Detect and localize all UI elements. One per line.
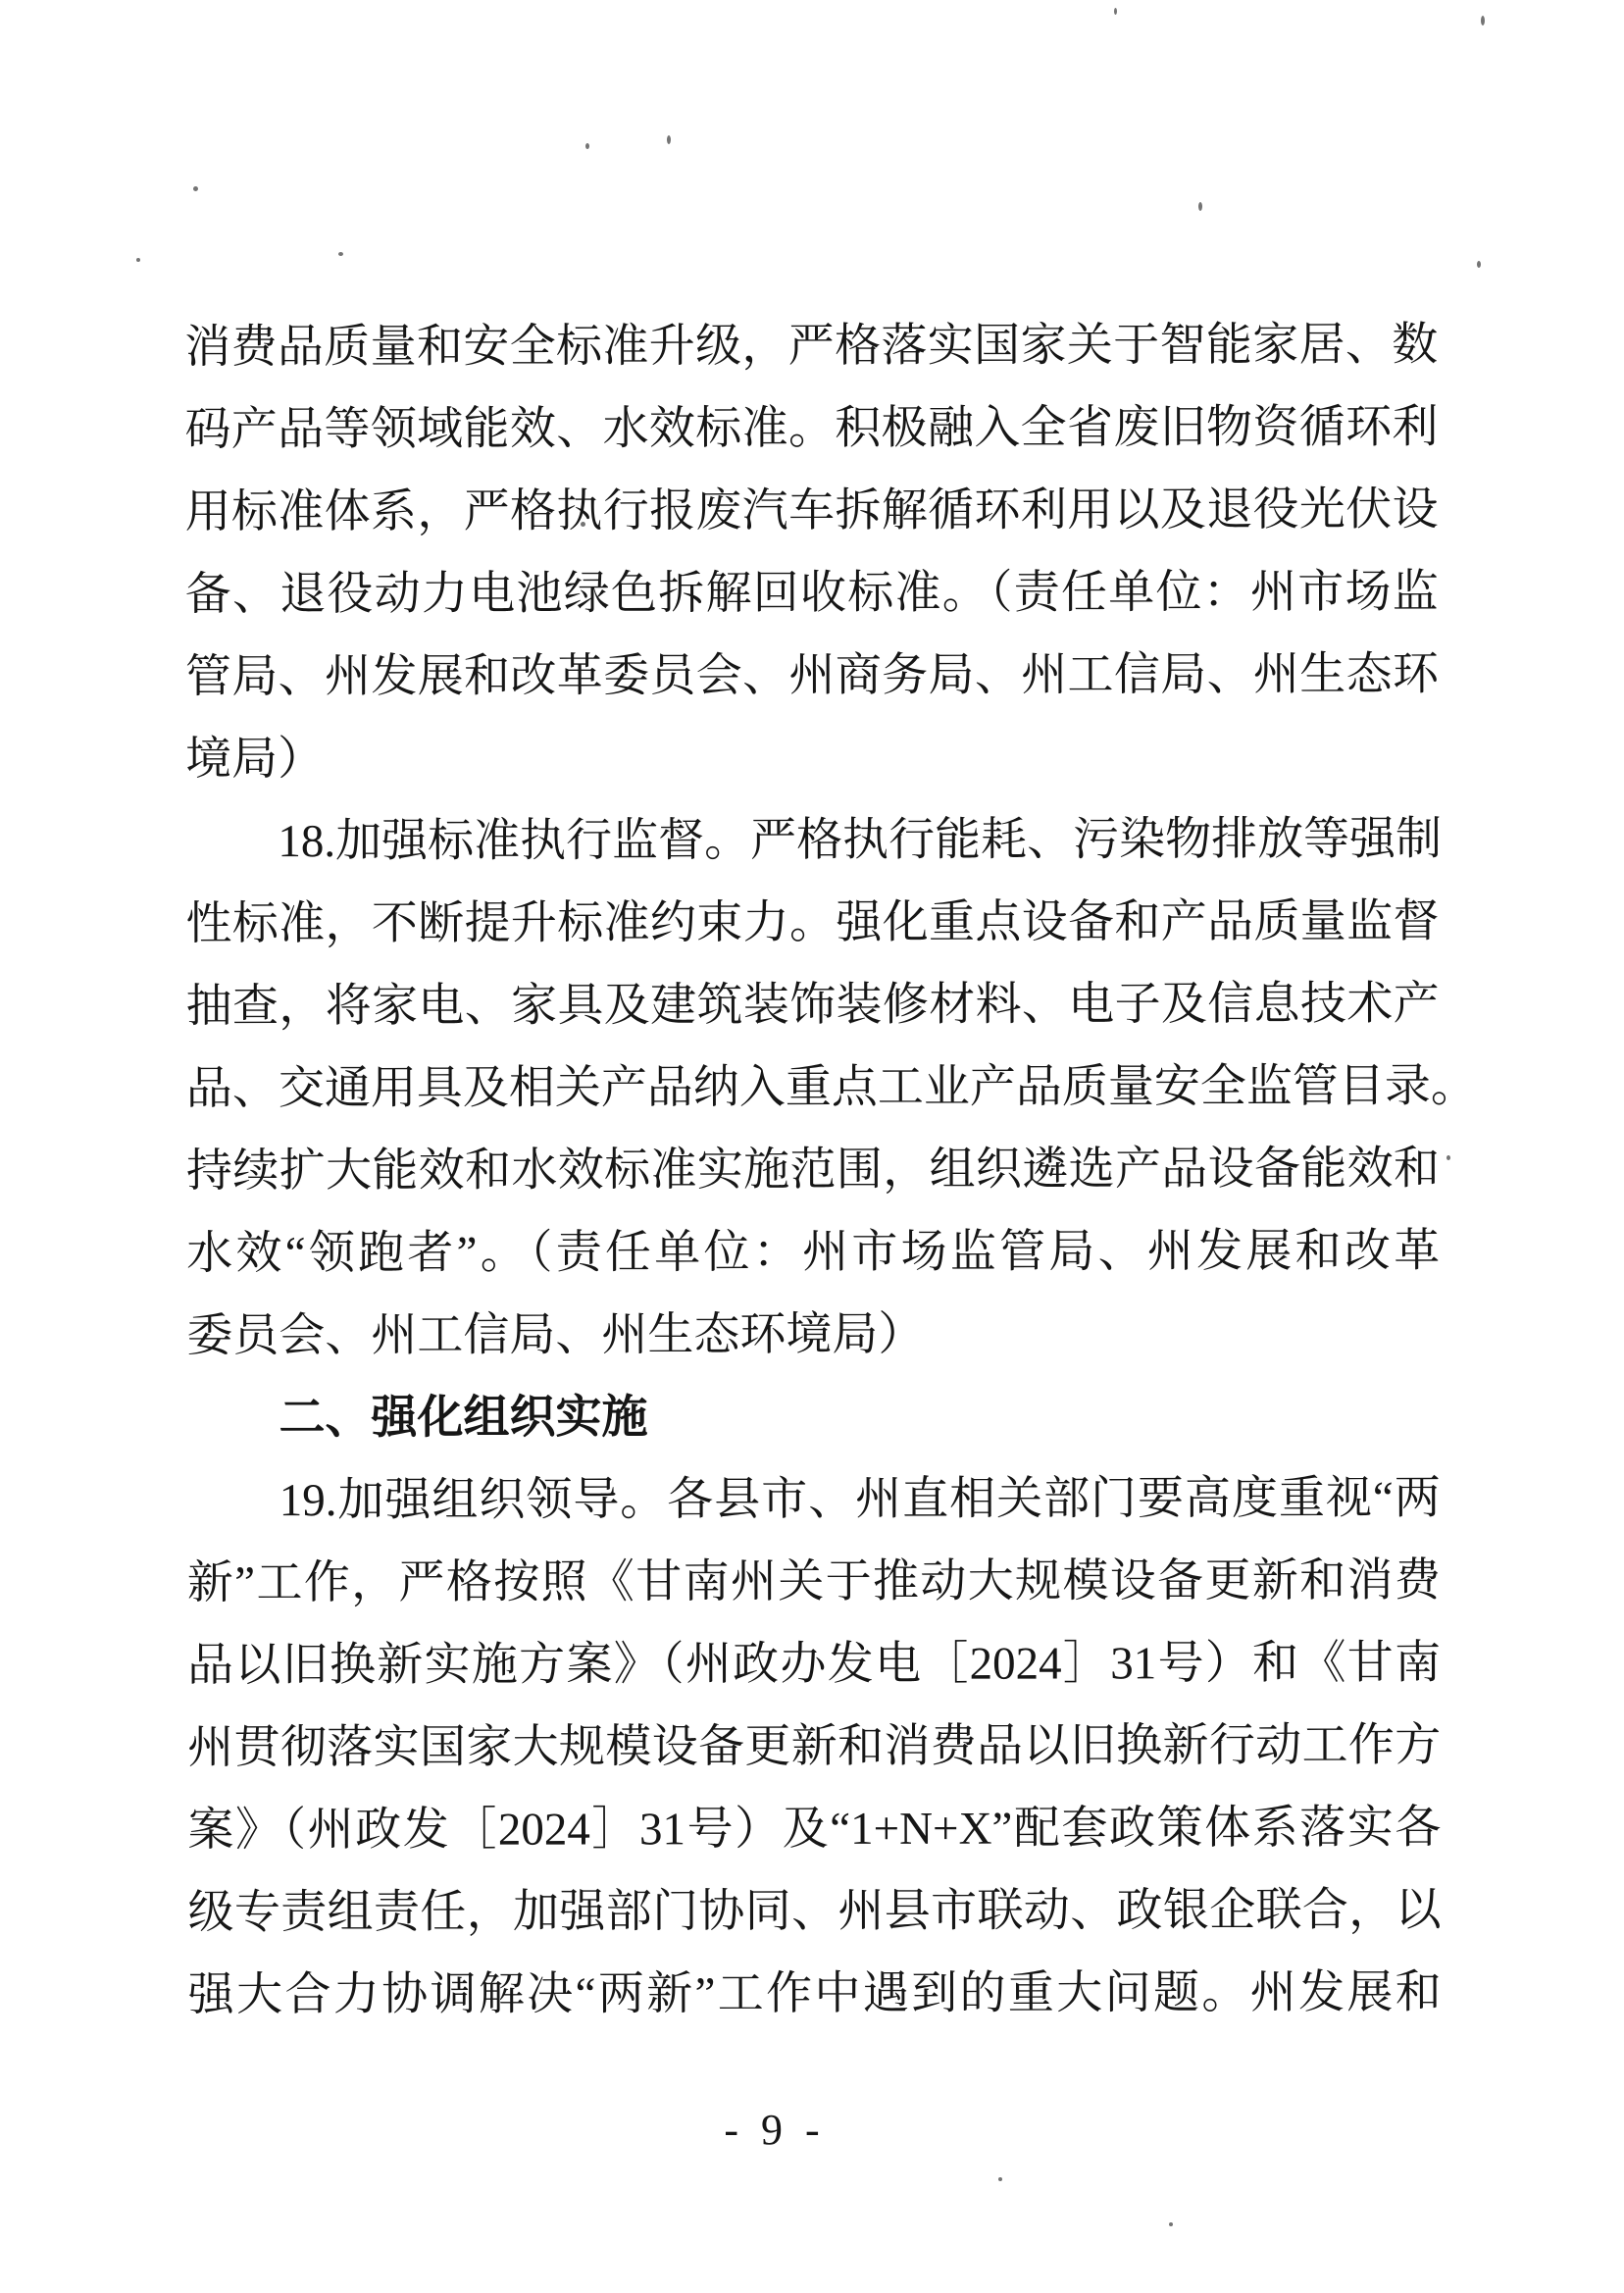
scan-speck bbox=[998, 2177, 1002, 2181]
text-line: 州贯彻落实国家大规模设备更新和消费品以旧换新行动工作方 bbox=[187, 1705, 1441, 1790]
text-line: 级专责组责任，加强部门协同、州县市联动、政银企联合，以 bbox=[187, 1869, 1441, 1955]
text-line: 委员会、州工信局、州生态环境局） bbox=[186, 1293, 1440, 1378]
document-page: 消费品质量和安全标准升级，严格落实国家关于智能家居、数码产品等领域能效、水效标准… bbox=[0, 0, 1624, 2293]
scan-speck bbox=[585, 143, 589, 149]
scan-speck bbox=[581, 522, 585, 527]
text-line: 管局、州发展和改革委员会、州商务局、州工信局、州生态环 bbox=[185, 634, 1439, 719]
section-heading: 二、强化组织实施 bbox=[186, 1375, 1440, 1460]
scan-speck bbox=[193, 186, 198, 191]
text-line: 品、交通用具及相关产品纳入重点工业产品质量安全监管目录。 bbox=[186, 1045, 1440, 1131]
text-line: 持续扩大能效和水效标准实施范围，组织遴选产品设备能效和 bbox=[186, 1128, 1440, 1213]
text-line: 18.加强标准执行监督。严格执行能耗、污染物排放等强制 bbox=[185, 798, 1439, 884]
scan-speck bbox=[1446, 1155, 1450, 1160]
scan-speck bbox=[1198, 202, 1202, 211]
scan-speck bbox=[1481, 16, 1485, 25]
text-line: 品以旧换新实施方案》（州政办发电［2024］31号）和《甘南 bbox=[187, 1622, 1441, 1707]
text-line: 案》（州政发［2024］31号）及“1+N+X”配套政策体系落实各 bbox=[187, 1787, 1441, 1872]
text-line: 码产品等领域能效、水效标准。积极融入全省废旧物资循环利 bbox=[184, 386, 1438, 472]
text-line: 强大合力协调解决“两新”工作中遇到的重大问题。州发展和 bbox=[188, 1952, 1442, 2037]
text-line: 19.加强组织领导。各县市、州直相关部门要高度重视“两 bbox=[187, 1457, 1441, 1543]
text-line: 备、退役动力电池绿色拆解回收标准。（责任单位：州市场监 bbox=[185, 551, 1439, 637]
text-line: 消费品质量和安全标准升级，严格落实国家关于智能家居、数 bbox=[184, 304, 1438, 389]
scan-speck bbox=[667, 135, 671, 144]
text-line: 抽查，将家电、家具及建筑装饰装修材料、电子及信息技术产 bbox=[186, 963, 1440, 1048]
text-line: 水效“领跑者”。（责任单位：州市场监管局、州发展和改革 bbox=[186, 1210, 1440, 1296]
page-number: - 9 - bbox=[0, 2105, 1549, 2155]
text-line: 用标准体系，严格执行报废汽车拆解循环利用以及退役光伏设 bbox=[185, 469, 1439, 554]
text-line: 性标准，不断提升标准约束力。强化重点设备和产品质量监督 bbox=[185, 881, 1439, 966]
scan-speck bbox=[1477, 261, 1481, 268]
document-body: 消费品质量和安全标准升级，严格落实国家关于智能家居、数码产品等领域能效、水效标准… bbox=[184, 304, 1442, 2037]
text-line: 境局） bbox=[185, 716, 1439, 801]
scan-speck bbox=[1114, 8, 1117, 15]
scan-speck bbox=[136, 258, 140, 262]
text-line: 新”工作，严格按照《甘南州关于推动大规模设备更新和消费 bbox=[187, 1540, 1441, 1625]
scan-speck bbox=[1169, 2222, 1173, 2226]
scan-speck bbox=[338, 252, 343, 256]
